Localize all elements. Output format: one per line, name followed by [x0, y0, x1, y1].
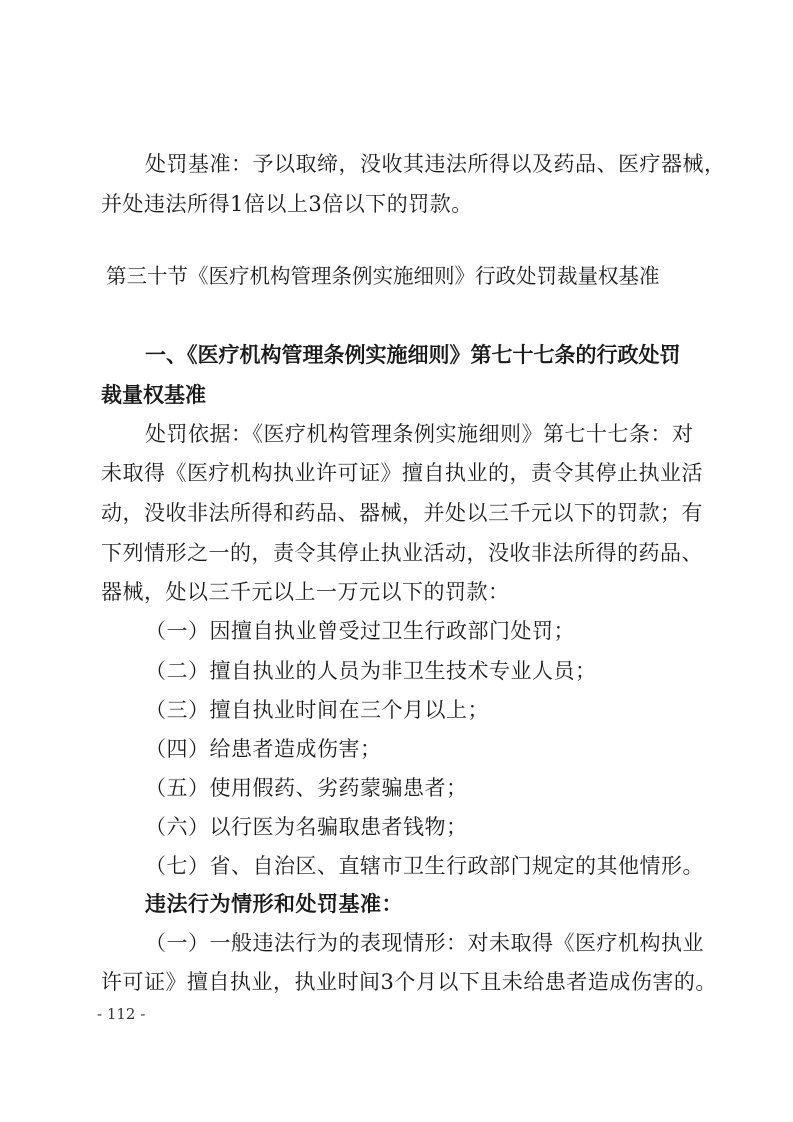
circumstance-item-2: （二）擅自执业的人员为非卫生技术专业人员；: [145, 657, 737, 685]
article-title-line-2: 裁量权基准: [101, 381, 206, 409]
intro-paragraph-line-1: 处罚基准：予以取缔，没收其违法所得以及药品、医疗器械，: [145, 150, 737, 178]
page-number: - 112 -: [97, 1005, 145, 1023]
basis-line-5: 器械，处以三千元以上一万元以下的罚款：: [101, 578, 693, 606]
circumstance-item-5: （五）使用假药、劣药蒙骗患者；: [145, 774, 737, 802]
circumstance-item-4: （四）给患者造成伤害；: [145, 735, 737, 763]
general-violation-line-1: （一）一般违法行为的表现情形：对未取得《医疗机构执业: [145, 929, 737, 957]
basis-line-3: 动，没收非法所得和药品、器械，并处以三千元以下的罚款；有: [101, 499, 693, 527]
intro-paragraph-line-2: 并处违法所得1倍以上3倍以下的罚款。: [101, 190, 693, 218]
circumstance-item-3: （三）擅自执业时间在三个月以上；: [145, 696, 737, 724]
circumstance-item-7: （七）省、自治区、直辖市卫生行政部门规定的其他情形。: [145, 852, 737, 880]
violation-heading: 违法行为情形和处罚基准：: [145, 890, 737, 918]
article-title-line-1: 一、《医疗机构管理条例实施细则》第七十七条的行政处罚: [145, 341, 681, 369]
circumstance-item-6: （六）以行医为名骗取患者钱物；: [145, 813, 737, 841]
general-violation-line-2: 许可证》擅自执业，执业时间3个月以下且未给患者造成伤害的。: [101, 968, 693, 996]
circumstance-item-1: （一）因擅自执业曾受过卫生行政部门处罚；: [145, 617, 737, 645]
basis-line-4: 下列情形之一的，责令其停止执业活动，没收非法所得的药品、: [101, 539, 693, 567]
basis-line-2: 未取得《医疗机构执业许可证》擅自执业的，责令其停止执业活: [101, 459, 693, 487]
basis-line-1: 处罚依据：《医疗机构管理条例实施细则》第七十七条：对: [145, 420, 737, 448]
section-title: 第三十节《医疗机构管理条例实施细则》行政处罚裁量权基准: [106, 262, 706, 290]
